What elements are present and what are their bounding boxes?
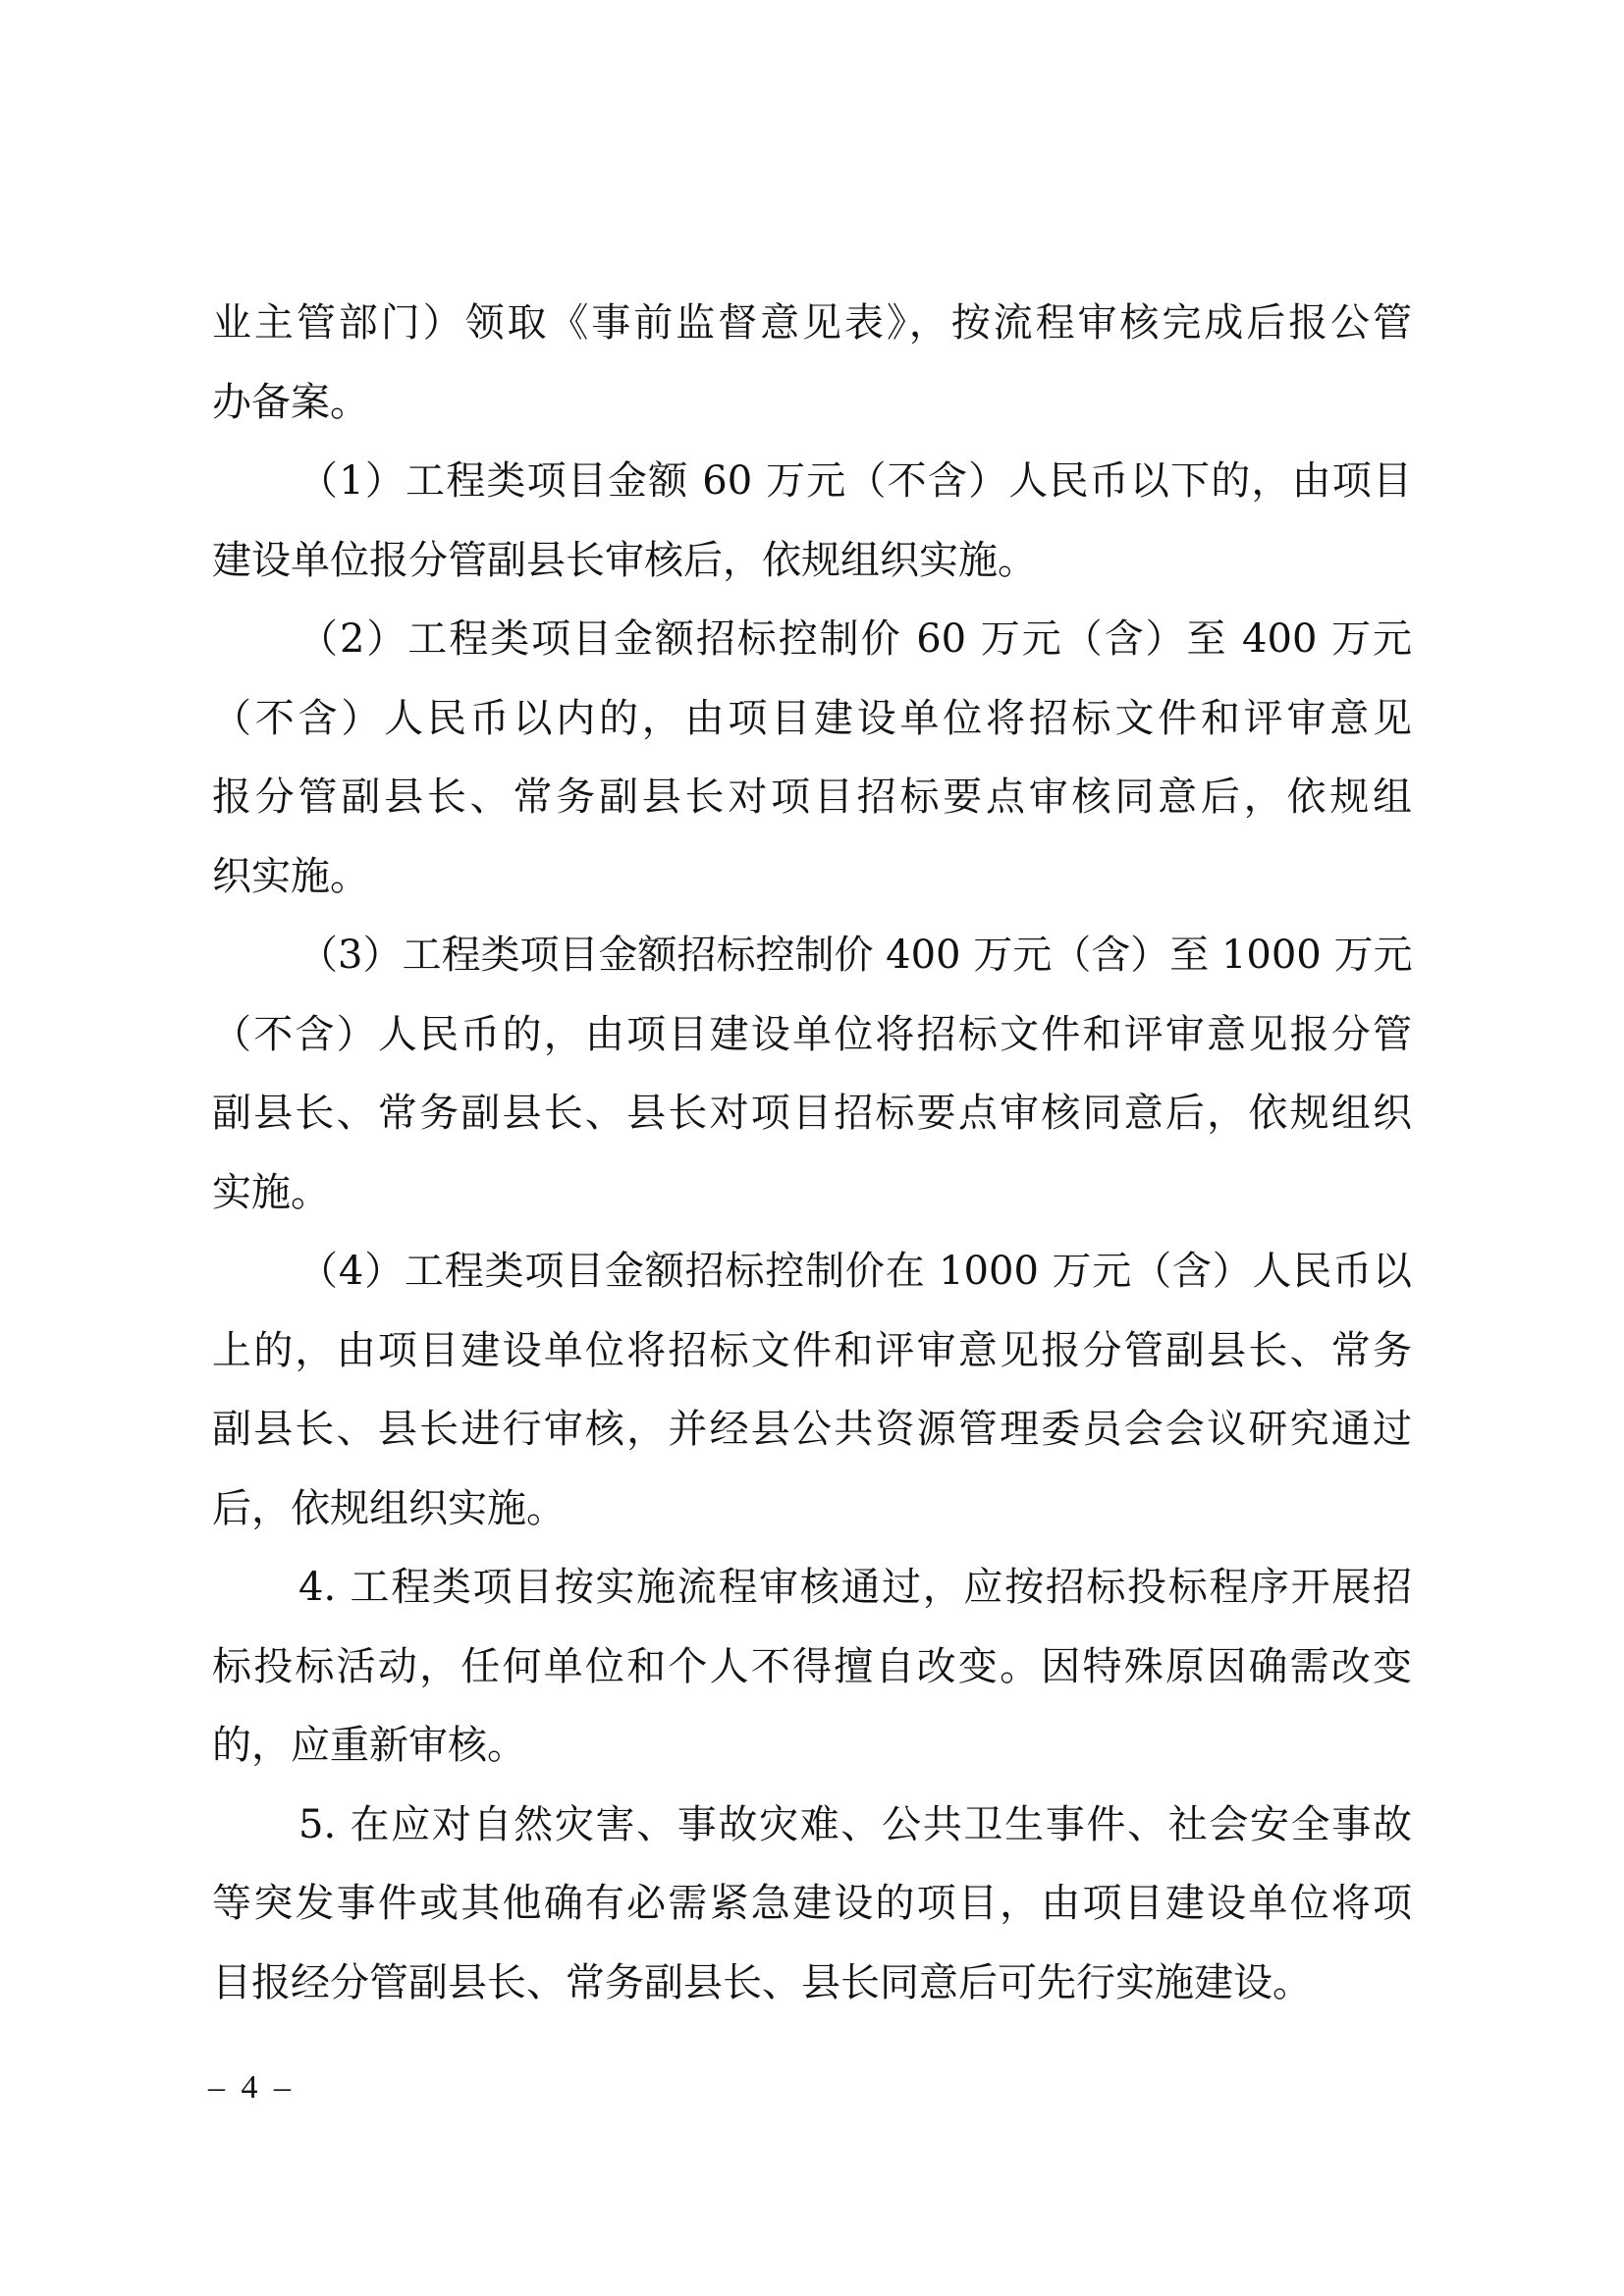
text-line: 办备案。 bbox=[212, 363, 1412, 443]
text-line: 报分管副县长、常务副县长对项目招标要点审核同意后，依规组 bbox=[212, 758, 1412, 837]
text-line: 副县长、县长进行审核，并经县公共资源管理委员会会议研究通过 bbox=[212, 1390, 1412, 1469]
document-body: 业主管部门）领取《事前监督意见表》，按流程审核完成后报公管 办备案。 （1）工程… bbox=[212, 284, 1412, 2022]
text-line: 上的，由项目建设单位将招标文件和评审意见报分管副县长、常务 bbox=[212, 1311, 1412, 1391]
paragraph-item-2: （2）工程类项目金额招标控制价 60 万元（含）至 400 万元 （不含）人民币… bbox=[212, 600, 1412, 916]
text-line: （4）工程类项目金额招标控制价在 1000 万元（含）人民币以 bbox=[212, 1232, 1412, 1311]
paragraph-section-4: 4. 工程类项目按实施流程审核通过，应按招标投标程序开展招 标投标活动，任何单位… bbox=[212, 1548, 1412, 1786]
paragraph-item-3: （3）工程类项目金额招标控制价 400 万元（含）至 1000 万元 （不含）人… bbox=[212, 916, 1412, 1232]
paragraph-item-1: （1）工程类项目金额 60 万元（不含）人民币以下的，由项目 建设单位报分管副县… bbox=[212, 442, 1412, 600]
text-line: （2）工程类项目金额招标控制价 60 万元（含）至 400 万元 bbox=[212, 600, 1412, 679]
text-line: 目报经分管副县长、常务副县长、县长同意后可先行实施建设。 bbox=[212, 1944, 1412, 2023]
document-page: 业主管部门）领取《事前监督意见表》，按流程审核完成后报公管 办备案。 （1）工程… bbox=[0, 0, 1624, 2296]
text-line: 建设单位报分管副县长审核后，依规组织实施。 bbox=[212, 521, 1412, 601]
text-line: 副县长、常务副县长、县长对项目招标要点审核同意后，依规组织 bbox=[212, 1074, 1412, 1153]
text-line: 标投标活动，任何单位和个人不得擅自改变。因特殊原因确需改变 bbox=[212, 1628, 1412, 1707]
text-line: （1）工程类项目金额 60 万元（不含）人民币以下的，由项目 bbox=[212, 442, 1412, 521]
text-line: 等突发事件或其他确有必需紧急建设的项目，由项目建设单位将项 bbox=[212, 1864, 1412, 1944]
paragraph-continuation: 业主管部门）领取《事前监督意见表》，按流程审核完成后报公管 办备案。 bbox=[212, 284, 1412, 442]
text-line: （不含）人民币以内的，由项目建设单位将招标文件和评审意见 bbox=[212, 679, 1412, 759]
text-line: 织实施。 bbox=[212, 837, 1412, 917]
paragraph-item-4: （4）工程类项目金额招标控制价在 1000 万元（含）人民币以 上的，由项目建设… bbox=[212, 1232, 1412, 1548]
text-line: 5. 在应对自然灾害、事故灾难、公共卫生事件、社会安全事故 bbox=[212, 1786, 1412, 1865]
text-line: 的，应重新审核。 bbox=[212, 1706, 1412, 1786]
text-line: 业主管部门）领取《事前监督意见表》，按流程审核完成后报公管 bbox=[212, 284, 1412, 363]
text-line: 4. 工程类项目按实施流程审核通过，应按招标投标程序开展招 bbox=[212, 1548, 1412, 1628]
text-line: （3）工程类项目金额招标控制价 400 万元（含）至 1000 万元 bbox=[212, 916, 1412, 995]
paragraph-section-5: 5. 在应对自然灾害、事故灾难、公共卫生事件、社会安全事故 等突发事件或其他确有… bbox=[212, 1786, 1412, 2023]
page-number: – 4 – bbox=[208, 2061, 295, 2114]
text-line: 实施。 bbox=[212, 1153, 1412, 1233]
text-line: 后，依规组织实施。 bbox=[212, 1469, 1412, 1549]
text-line: （不含）人民币的，由项目建设单位将招标文件和评审意见报分管 bbox=[212, 995, 1412, 1075]
